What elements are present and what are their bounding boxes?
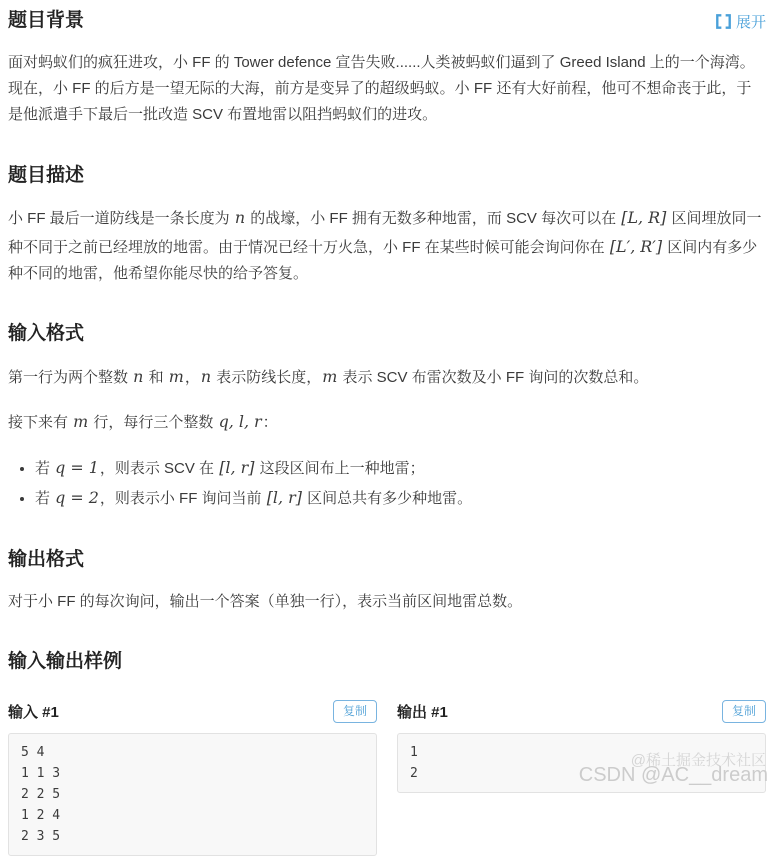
section-title-description: 题目描述 [8, 165, 766, 188]
math-m: m [72, 412, 89, 431]
expand-button[interactable]: 展开 [716, 11, 766, 32]
copy-output-button[interactable]: 复制 [722, 700, 766, 723]
math-n: n [234, 208, 246, 227]
text-segment: 表示 SCV 布雷次数及小 FF 询问的次数总和。 [338, 369, 648, 386]
text-segment: ，则表示 SCV 在 [100, 460, 218, 477]
text-segment: 这段区间布上一种地雷； [255, 460, 424, 477]
bullet-item-q2: 若 q = 2，则表示小 FF 询问当前 [l, r] 区间总共有多少种地雷。 [35, 483, 766, 513]
math-interval-lr: [l, r] [218, 458, 255, 477]
expand-icon [716, 14, 731, 29]
output-format-text: 对于小 FF 的每次询问，输出一个答案（单独一行），表示当前区间地雷总数。 [8, 589, 766, 615]
text-segment: 第一行为两个整数 [8, 369, 132, 386]
input-format-line1: 第一行为两个整数 n 和 m，n 表示防线长度，m 表示 SCV 布雷次数及小 … [8, 363, 766, 391]
sample-input-code: 5 4 1 1 3 2 2 5 1 2 4 2 3 5 [8, 733, 377, 856]
sample-input-header: 输入 #1 复制 [8, 700, 377, 723]
text-segment: 若 [35, 490, 54, 507]
math-interval-LR-prime: [L′, R′] [609, 237, 663, 256]
background-header-row: 题目背景 展开 [8, 10, 766, 33]
section-title-background: 题目背景 [8, 10, 84, 33]
sample-output-column: 输出 #1 复制 1 2 [397, 700, 766, 793]
samples-row: 输入 #1 复制 5 4 1 1 3 2 2 5 1 2 4 2 3 5 输出 … [8, 700, 766, 856]
input-format-line2: 接下来有 m 行，每行三个整数 q, l, r： [8, 408, 766, 436]
sample-input-label: 输入 #1 [8, 701, 59, 722]
problem-page: 题目背景 展开 面对蚂蚁们的疯狂进攻，小 FF 的 Tower defence … [0, 0, 778, 856]
section-title-input-format: 输入格式 [8, 323, 766, 346]
math-interval-lr: [l, r] [266, 488, 303, 507]
text-segment: ： [263, 414, 278, 431]
bullet-item-q1: 若 q = 1，则表示 SCV 在 [l, r] 这段区间布上一种地雷； [35, 453, 766, 483]
text-segment: 行，每行三个整数 [89, 414, 217, 431]
text-segment: ，则表示小 FF 询问当前 [100, 490, 266, 507]
math-m: m [168, 367, 185, 386]
math-q-equals-2: q = 2 [54, 488, 100, 507]
text-segment: 和 [144, 369, 167, 386]
text-segment: 接下来有 [8, 414, 72, 431]
text-segment: 若 [35, 460, 54, 477]
input-format-bullet-list: 若 q = 1，则表示 SCV 在 [l, r] 这段区间布上一种地雷； 若 q… [8, 453, 766, 513]
math-n: n [200, 367, 212, 386]
text-segment: 小 FF 最后一道防线是一条长度为 [8, 210, 234, 227]
sample-output-label: 输出 #1 [397, 701, 448, 722]
math-qlr: q, l, r [218, 412, 263, 431]
sample-output-code: 1 2 [397, 733, 766, 793]
description-text: 小 FF 最后一道防线是一条长度为 n 的战壕，小 FF 拥有无数多种地雷，而 … [8, 204, 766, 287]
math-n: n [132, 367, 144, 386]
text-segment: 的战壕，小 FF 拥有无数多种地雷，而 SCV 每次可以在 [246, 210, 620, 227]
background-text: 面对蚂蚁们的疯狂进攻，小 FF 的 Tower defence 宣告失败....… [8, 50, 766, 129]
copy-input-button[interactable]: 复制 [333, 700, 377, 723]
math-m: m [321, 367, 338, 386]
sample-input-column: 输入 #1 复制 5 4 1 1 3 2 2 5 1 2 4 2 3 5 [8, 700, 377, 856]
section-title-output-format: 输出格式 [8, 549, 766, 572]
math-q-equals-1: q = 1 [54, 458, 100, 477]
section-title-samples: 输入输出样例 [8, 651, 766, 674]
text-segment: ， [185, 369, 200, 386]
sample-output-header: 输出 #1 复制 [397, 700, 766, 723]
math-interval-LR: [L, R] [620, 208, 667, 227]
expand-label: 展开 [736, 11, 766, 32]
text-segment: 区间总共有多少种地雷。 [303, 490, 472, 507]
text-segment: 表示防线长度， [212, 369, 321, 386]
